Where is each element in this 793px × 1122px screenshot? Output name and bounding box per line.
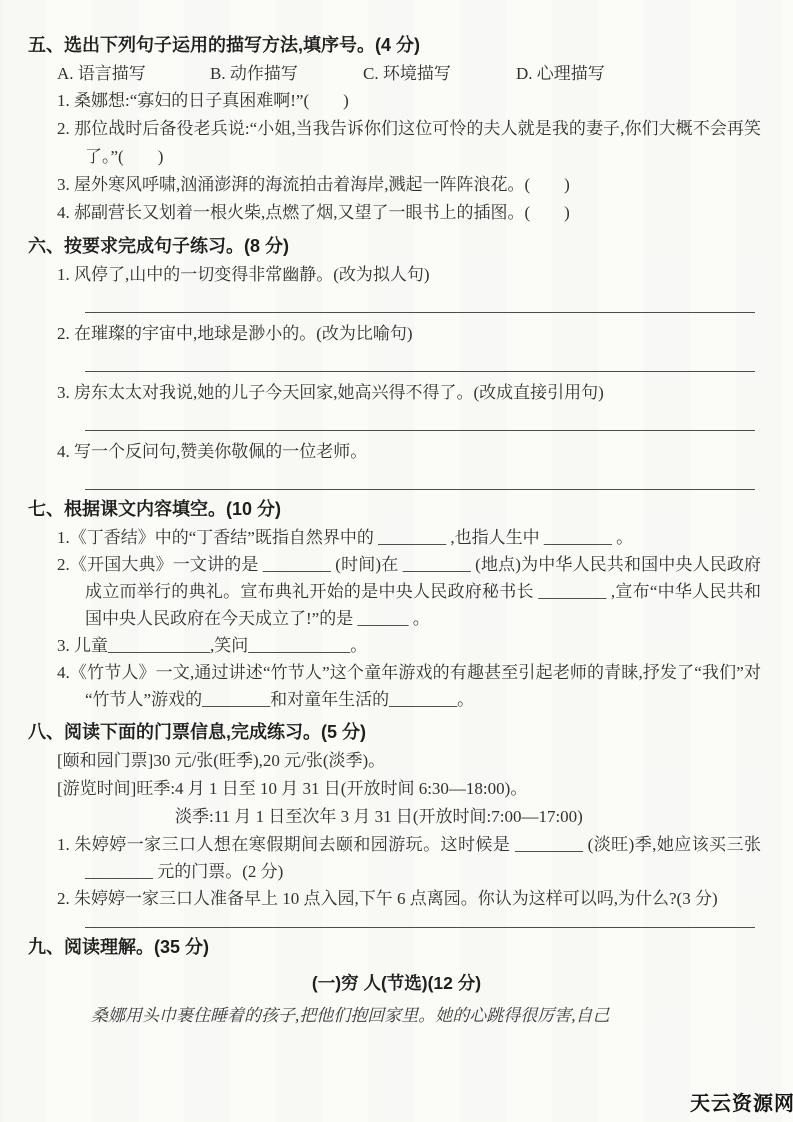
- exam-paper-page: 五、选出下列句子运用的描写方法,填序号。(4 分) A. 语言描写 B. 动作描…: [0, 0, 793, 1122]
- question-item: 1. 桑娜想:“寡妇的日子真困难啊!”( ): [0, 87, 761, 115]
- section-9: 九、阅读理解。(35 分) (一)穷 人(节选)(12 分) 桑娜用头巾裹住睡着…: [0, 935, 793, 1030]
- section-8: 八、阅读下面的门票信息,完成练习。(5 分) [颐和园门票]30 元/张(旺季)…: [0, 720, 793, 928]
- question-item: 2. 在璀璨的宇宙中,地球是渺小的。(改为比喻句): [0, 320, 761, 348]
- question-item: 2. 朱婷婷一家三口人准备早上 10 点入园,下午 6 点离园。你认为这样可以吗…: [0, 885, 761, 912]
- option-c: C. 环境描写: [363, 61, 516, 87]
- section-9-heading: 九、阅读理解。(35 分): [28, 935, 765, 960]
- answer-line: [85, 489, 755, 490]
- option-b: B. 动作描写: [210, 61, 363, 87]
- question-item: 1. 朱婷婷一家三口人想在寒假期间去颐和园游玩。这时候是 ________ (淡…: [0, 831, 761, 885]
- ticket-info-line: [游览时间]旺季:4 月 1 日至 10 月 31 日(开放时间 6:30—18…: [0, 775, 761, 803]
- watermark: 天云资源网: [690, 1087, 793, 1116]
- section-7-heading: 七、根据课文内容填空。(10 分): [28, 497, 765, 522]
- question-item: 1.《丁香结》中的“丁香结”既指自然界中的 ________ ,也指人生中 __…: [0, 524, 761, 551]
- question-item: 4. 郝副营长又划着一根火柴,点燃了烟,又望了一眼书上的插图。( ): [0, 199, 761, 227]
- reading-passage-title: (一)穷 人(节选)(12 分): [0, 968, 793, 998]
- section-5-heading: 五、选出下列句子运用的描写方法,填序号。(4 分): [28, 33, 765, 58]
- question-item: 3. 屋外寒风呼啸,汹涌澎湃的海流拍击着海岸,溅起一阵阵浪花。( ): [0, 171, 761, 199]
- section-6-heading: 六、按要求完成句子练习。(8 分): [28, 234, 765, 259]
- reading-passage-text: 桑娜用头巾裹住睡着的孩子,把他们抱回家里。她的心跳得很厉害,自己: [57, 1002, 757, 1030]
- question-item: 1. 风停了,山中的一切变得非常幽静。(改为拟人句): [0, 261, 761, 289]
- section-7: 七、根据课文内容填空。(10 分) 1.《丁香结》中的“丁香结”既指自然界中的 …: [0, 497, 793, 713]
- question-item: 4. 写一个反问句,赞美你敬佩的一位老师。: [0, 438, 761, 466]
- ticket-info-line: [颐和园门票]30 元/张(旺季),20 元/张(淡季)。: [0, 747, 761, 775]
- section-8-heading: 八、阅读下面的门票信息,完成练习。(5 分): [28, 720, 765, 745]
- question-item: 4.《竹节人》一文,通过讲述“竹节人”这个童年游戏的有趣甚至引起老师的青睐,抒发…: [0, 659, 761, 713]
- question-item: 2.《开国大典》一文讲的是 ________ (时间)在 ________ (地…: [0, 551, 761, 632]
- answer-line: [85, 927, 755, 928]
- question-item: 3. 儿童____________,笑问____________。: [0, 632, 761, 659]
- section-5-options: A. 语言描写 B. 动作描写 C. 环境描写 D. 心理描写: [57, 61, 763, 87]
- answer-line: [85, 312, 755, 313]
- question-item: 3. 房东太太对我说,她的儿子今天回家,她高兴得不得了。(改成直接引用句): [0, 379, 761, 407]
- answer-line: [85, 371, 755, 372]
- option-d: D. 心理描写: [516, 61, 605, 87]
- section-5: 五、选出下列句子运用的描写方法,填序号。(4 分) A. 语言描写 B. 动作描…: [0, 33, 793, 227]
- option-a: A. 语言描写: [57, 61, 210, 87]
- section-6: 六、按要求完成句子练习。(8 分) 1. 风停了,山中的一切变得非常幽静。(改为…: [0, 234, 793, 490]
- question-item: 2. 那位战时后备役老兵说:“小姐,当我告诉你们这位可怜的夫人就是我的妻子,你们…: [0, 115, 761, 171]
- answer-line: [85, 430, 755, 431]
- ticket-info-line: 淡季:11 月 1 日至次年 3 月 31 日(开放时间:7:00—17:00): [0, 803, 761, 831]
